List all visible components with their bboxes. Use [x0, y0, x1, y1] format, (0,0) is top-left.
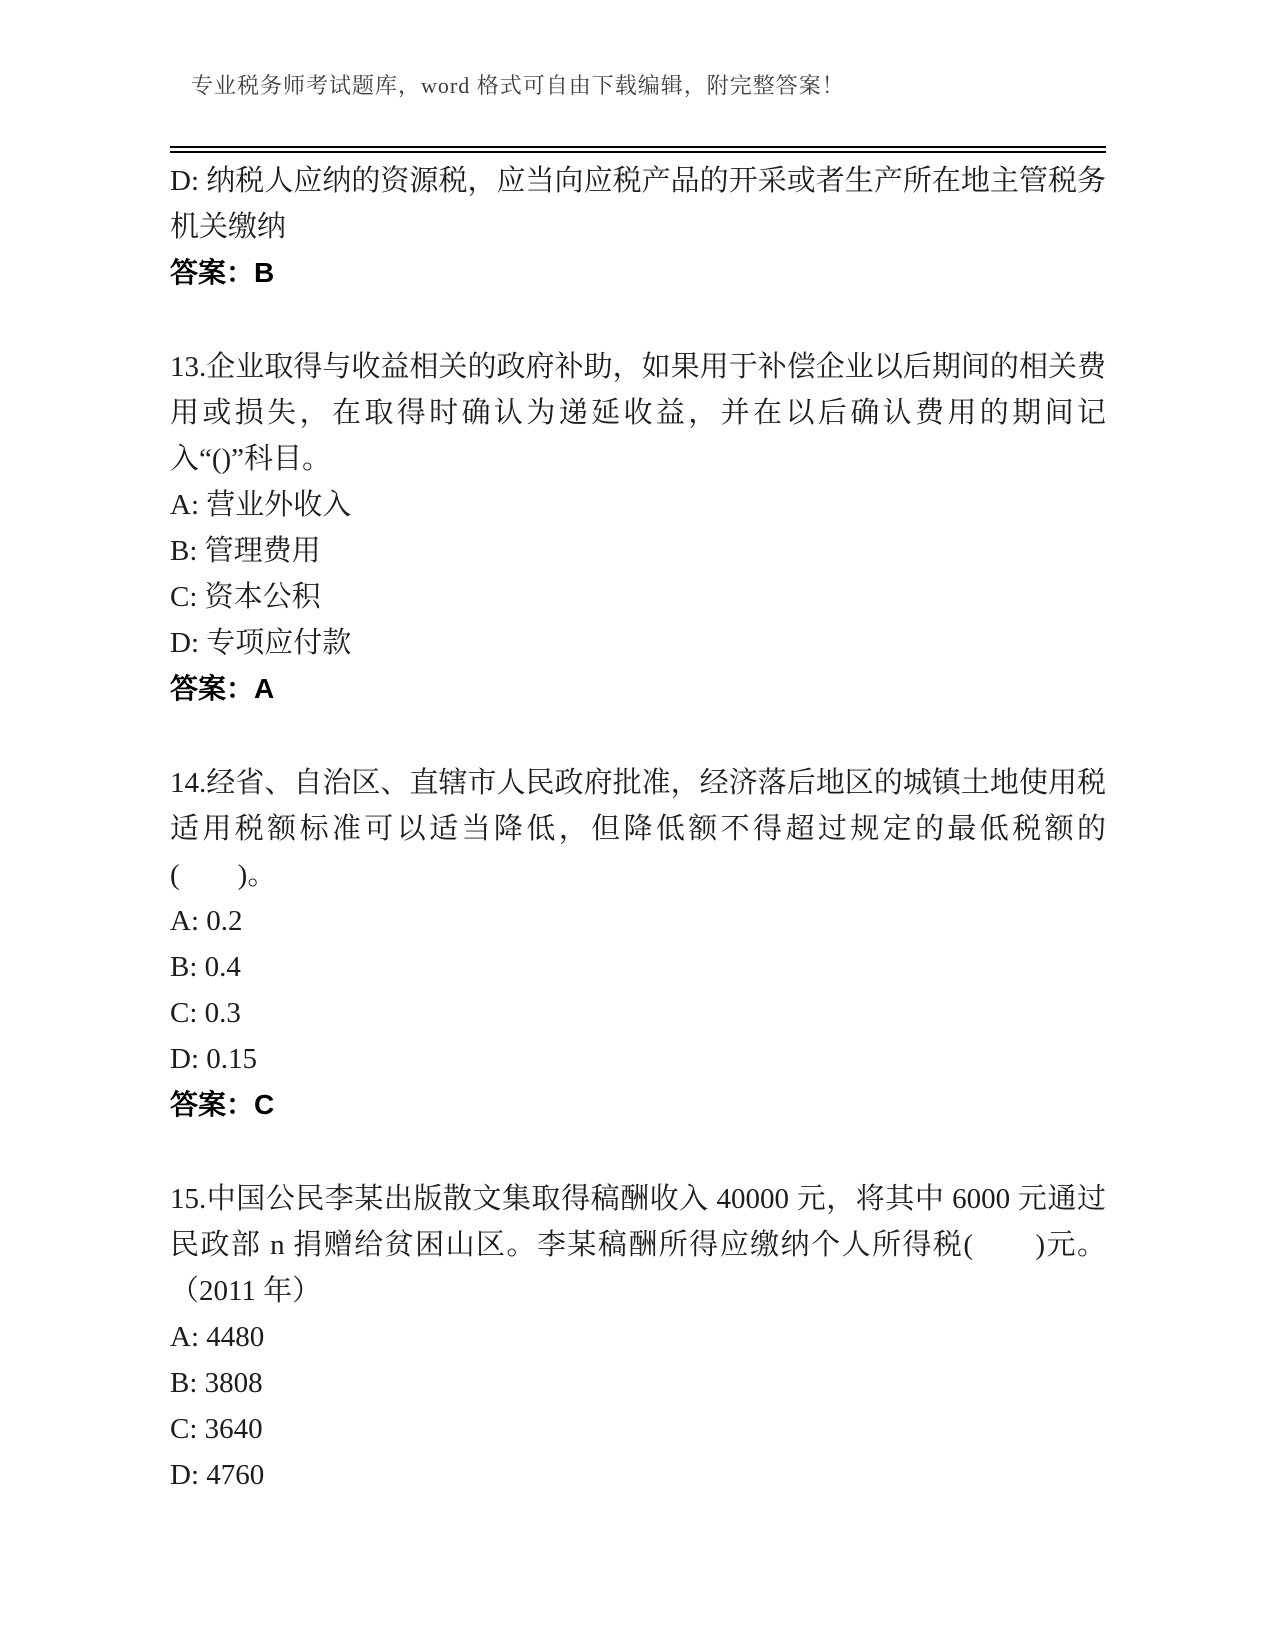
question-14-option-a: A: 0.2 [170, 898, 1106, 944]
exam-document-page: 专业税务师考试题库，word 格式可自由下载编辑，附完整答案！ D: 纳税人应纳… [0, 0, 1275, 1650]
question-13-option-d: D: 专项应付款 [170, 620, 1106, 666]
question-13-stem: 13.企业取得与收益相关的政府补助，如果用于补偿企业以后期间的相关费用或损失，在… [170, 344, 1106, 482]
question-14-answer-line: 答案：C [170, 1082, 1106, 1128]
question-15-option-a: A: 4480 [170, 1314, 1106, 1360]
question-13-answer-line: 答案：A [170, 666, 1106, 712]
question-12-carryover: D: 纳税人应纳的资源税，应当向应税产品的开采或者生产所在地主管税务机关缴纳 答… [170, 158, 1106, 296]
question-14-stem: 14.经省、自治区、直辖市人民政府批准，经济落后地区的城镇土地使用税适用税额标准… [170, 760, 1106, 898]
header-double-rule [170, 146, 1106, 153]
carryover-option-d: D: 纳税人应纳的资源税，应当向应税产品的开采或者生产所在地主管税务机关缴纳 [170, 158, 1106, 250]
question-15-block: 15.中国公民李某出版散文集取得稿酬收入 40000 元，将其中 6000 元通… [170, 1176, 1106, 1498]
header-title: 专业税务师考试题库，word 格式可自由下载编辑，附完整答案！ [191, 72, 1091, 100]
question-15-option-c: C: 3640 [170, 1406, 1106, 1452]
question-13-option-a: A: 营业外收入 [170, 482, 1106, 528]
question-14-block: 14.经省、自治区、直辖市人民政府批准，经济落后地区的城镇土地使用税适用税额标准… [170, 760, 1106, 1128]
document-body: D: 纳税人应纳的资源税，应当向应税产品的开采或者生产所在地主管税务机关缴纳 答… [170, 158, 1106, 1498]
carryover-answer-line: 答案：B [170, 250, 1106, 296]
question-14-option-c: C: 0.3 [170, 990, 1106, 1036]
question-13-option-c: C: 资本公积 [170, 574, 1106, 620]
question-13-option-b: B: 管理费用 [170, 528, 1106, 574]
question-14-option-d: D: 0.15 [170, 1036, 1106, 1082]
question-15-option-b: B: 3808 [170, 1360, 1106, 1406]
question-14-option-b: B: 0.4 [170, 944, 1106, 990]
question-15-option-d: D: 4760 [170, 1452, 1106, 1498]
question-13-block: 13.企业取得与收益相关的政府补助，如果用于补偿企业以后期间的相关费用或损失，在… [170, 344, 1106, 712]
question-15-stem: 15.中国公民李某出版散文集取得稿酬收入 40000 元，将其中 6000 元通… [170, 1176, 1106, 1314]
